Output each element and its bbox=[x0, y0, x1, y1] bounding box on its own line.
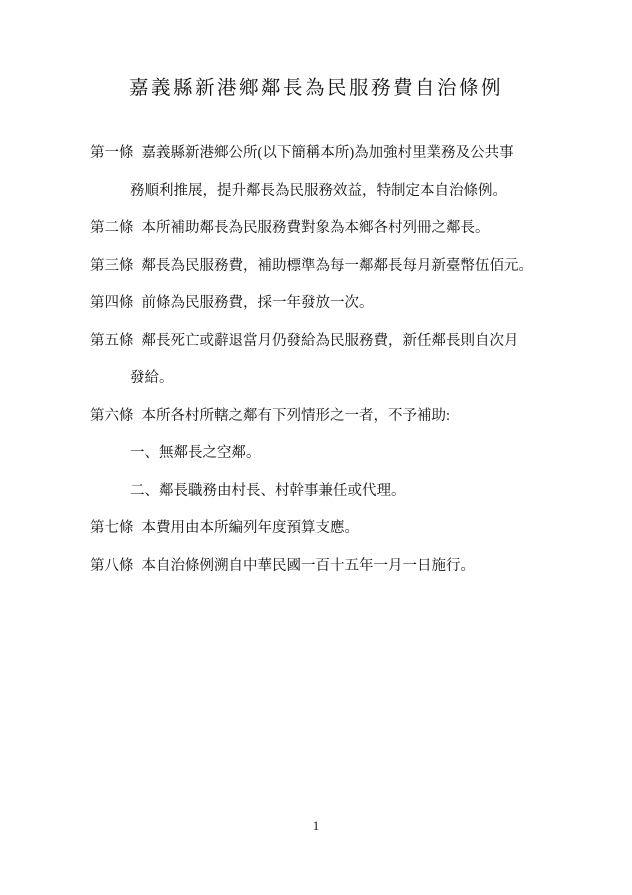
article-text: 本自治條例溯自中華民國一百十五年一月一日施行。 bbox=[142, 558, 476, 574]
article-number-label: 第七條 bbox=[90, 520, 134, 536]
article-first-line: 第二條本所補助鄰長為民服務費對象為本鄉各村列冊之鄰長。 bbox=[90, 210, 552, 248]
page-number: 1 bbox=[0, 818, 632, 834]
article-text: 嘉義縣新港鄉公所(以下簡稱本所)為加強村里業務及公共事 bbox=[142, 145, 514, 161]
article-list-item: 二、鄰長職務由村長、村幹事兼任或代理。 bbox=[90, 473, 552, 511]
article-number-label: 第四條 bbox=[90, 295, 134, 311]
article: 第六條本所各村所轄之鄰有下列情形之一者，不予補助:一、無鄰長之空鄰。二、鄰長職務… bbox=[90, 398, 552, 511]
article-first-line: 第四條前條為民服務費，採一年發放一次。 bbox=[90, 285, 552, 323]
article-text: 本所補助鄰長為民服務費對象為本鄉各村列冊之鄰長。 bbox=[142, 220, 490, 236]
article: 第一條嘉義縣新港鄉公所(以下簡稱本所)為加強村里業務及公共事務順利推展，提升鄰長… bbox=[90, 135, 552, 210]
article-continuation-line: 務順利推展，提升鄰長為民服務效益，特制定本自治條例。 bbox=[90, 173, 552, 211]
article: 第三條鄰長為民服務費，補助標準為每一鄰鄰長每月新臺幣伍佰元。 bbox=[90, 248, 552, 286]
document-title: 嘉義縣新港鄉鄰長為民服務費自治條例 bbox=[0, 74, 632, 104]
article: 第八條本自治條例溯自中華民國一百十五年一月一日施行。 bbox=[90, 548, 552, 586]
article-first-line: 第一條嘉義縣新港鄉公所(以下簡稱本所)為加強村里業務及公共事 bbox=[90, 135, 552, 173]
article: 第五條鄰長死亡或辭退當月仍發給為民服務費，新任鄰長則自次月發給。 bbox=[90, 323, 552, 398]
article-number-label: 第五條 bbox=[90, 333, 134, 349]
article-first-line: 第五條鄰長死亡或辭退當月仍發給為民服務費，新任鄰長則自次月 bbox=[90, 323, 552, 361]
article-first-line: 第八條本自治條例溯自中華民國一百十五年一月一日施行。 bbox=[90, 548, 552, 586]
article-first-line: 第七條本費用由本所編列年度預算支應。 bbox=[90, 510, 552, 548]
article-continuation-line: 發給。 bbox=[90, 360, 552, 398]
article-number-label: 第二條 bbox=[90, 220, 134, 236]
article-number-label: 第八條 bbox=[90, 558, 134, 574]
article-list-item: 一、無鄰長之空鄰。 bbox=[90, 435, 552, 473]
article-text: 發給。 bbox=[130, 370, 174, 386]
article-text: 鄰長死亡或辭退當月仍發給為民服務費，新任鄰長則自次月 bbox=[142, 333, 519, 349]
article: 第七條本費用由本所編列年度預算支應。 bbox=[90, 510, 552, 548]
article-text: 鄰長為民服務費，補助標準為每一鄰鄰長每月新臺幣伍佰元。 bbox=[142, 258, 534, 274]
article: 第二條本所補助鄰長為民服務費對象為本鄉各村列冊之鄰長。 bbox=[90, 210, 552, 248]
article-first-line: 第六條本所各村所轄之鄰有下列情形之一者，不予補助: bbox=[90, 398, 552, 436]
document-page: 嘉義縣新港鄉鄰長為民服務費自治條例 第一條嘉義縣新港鄉公所(以下簡稱本所)為加強… bbox=[0, 0, 632, 895]
article-text: 前條為民服務費，採一年發放一次。 bbox=[142, 295, 374, 311]
article-first-line: 第三條鄰長為民服務費，補助標準為每一鄰鄰長每月新臺幣伍佰元。 bbox=[90, 248, 552, 286]
article: 第四條前條為民服務費，採一年發放一次。 bbox=[90, 285, 552, 323]
article-number-label: 第三條 bbox=[90, 258, 134, 274]
article-text: 本費用由本所編列年度預算支應。 bbox=[142, 520, 360, 536]
document-body: 第一條嘉義縣新港鄉公所(以下簡稱本所)為加強村里業務及公共事務順利推展，提升鄰長… bbox=[90, 135, 552, 585]
article-number-label: 第六條 bbox=[90, 408, 134, 424]
article-number-label: 第一條 bbox=[90, 145, 134, 161]
article-text: 本所各村所轄之鄰有下列情形之一者，不予補助: bbox=[142, 408, 451, 424]
article-text: 務順利推展，提升鄰長為民服務效益，特制定本自治條例。 bbox=[130, 183, 507, 199]
